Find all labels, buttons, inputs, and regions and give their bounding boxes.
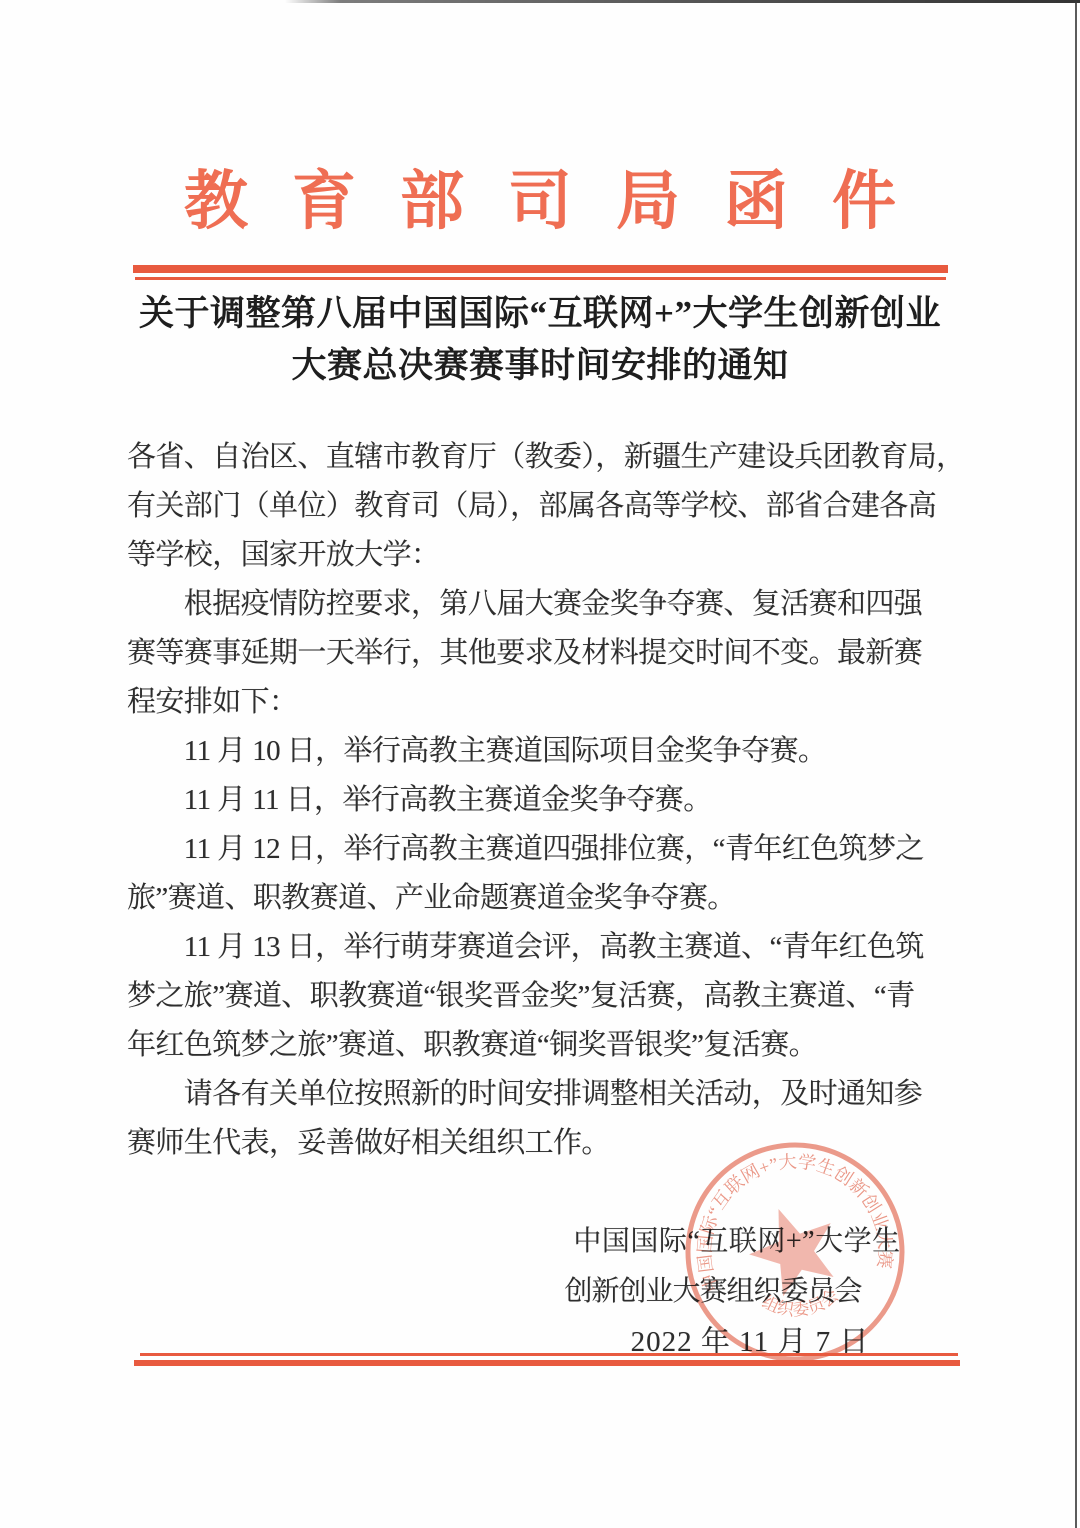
body-line: 各省、自治区、直辖市教育厅（教委），新疆生产建设兵团教育局， bbox=[127, 433, 959, 482]
letterhead-title: 教育部司局函件 bbox=[22, 164, 1080, 240]
document-title-line-2: 大赛总决赛赛事时间安排的通知 bbox=[0, 340, 1080, 392]
body-line: 11 月 13 日，举行萌芽赛道会评，高教主赛道、“青年红色筑 bbox=[127, 923, 959, 972]
seal-star-icon bbox=[738, 1193, 849, 1302]
footer-rule-thick bbox=[134, 1360, 960, 1366]
body-line: 请各有关单位按照新的时间安排调整相关活动，及时通知参 bbox=[127, 1070, 959, 1119]
body-line: 赛等赛事延期一天举行，其他要求及材料提交时间不变。最新赛 bbox=[127, 629, 959, 678]
svg-text:组织委员会: 组织委员会 bbox=[757, 1285, 843, 1324]
body-line: 有关部门（单位）教育司（局），部属各高等学校、部省合建各高 bbox=[127, 482, 959, 531]
document-title-line-1: 关于调整第八届中国国际“互联网+”大学生创新创业 bbox=[0, 288, 1080, 340]
footer-rule-thin bbox=[140, 1353, 958, 1356]
body-line: 年红色筑梦之旅”赛道、职教赛道“铜奖晋银奖”复活赛。 bbox=[127, 1021, 959, 1070]
body-line: 11 月 11 日，举行高教主赛道金奖争夺赛。 bbox=[127, 776, 959, 825]
body-line: 旅”赛道、职教赛道、产业命题赛道金奖争夺赛。 bbox=[127, 874, 959, 923]
body-line: 等学校，国家开放大学： bbox=[127, 531, 959, 580]
scan-edge-artifact-top bbox=[285, 0, 1080, 3]
body-line: 程安排如下： bbox=[127, 678, 959, 727]
body-line: 梦之旅”赛道、职教赛道“银奖晋金奖”复活赛，高教主赛道、“青 bbox=[127, 972, 959, 1021]
document-page: 教育部司局函件 关于调整第八届中国国际“互联网+”大学生创新创业 大赛总决赛赛事… bbox=[0, 0, 1080, 1528]
body-line: 根据疫情防控要求，第八届大赛金奖争夺赛、复活赛和四强 bbox=[127, 580, 959, 629]
body-line: 11 月 10 日，举行高教主赛道国际项目金奖争夺赛。 bbox=[127, 727, 959, 776]
seal-bottom-text: 组织委员会 bbox=[757, 1285, 843, 1324]
letterhead-rule-thin bbox=[135, 277, 946, 280]
body-text: 各省、自治区、直辖市教育厅（教委），新疆生产建设兵团教育局， 有关部门（单位）教… bbox=[127, 433, 959, 1168]
letterhead-rule-thick bbox=[133, 265, 948, 273]
official-seal: 中国国际“互联网+”大学生创新创业大赛 组织委员会 bbox=[680, 1137, 910, 1367]
body-line: 11 月 12 日，举行高教主赛道四强排位赛，“青年红色筑梦之 bbox=[127, 825, 959, 874]
